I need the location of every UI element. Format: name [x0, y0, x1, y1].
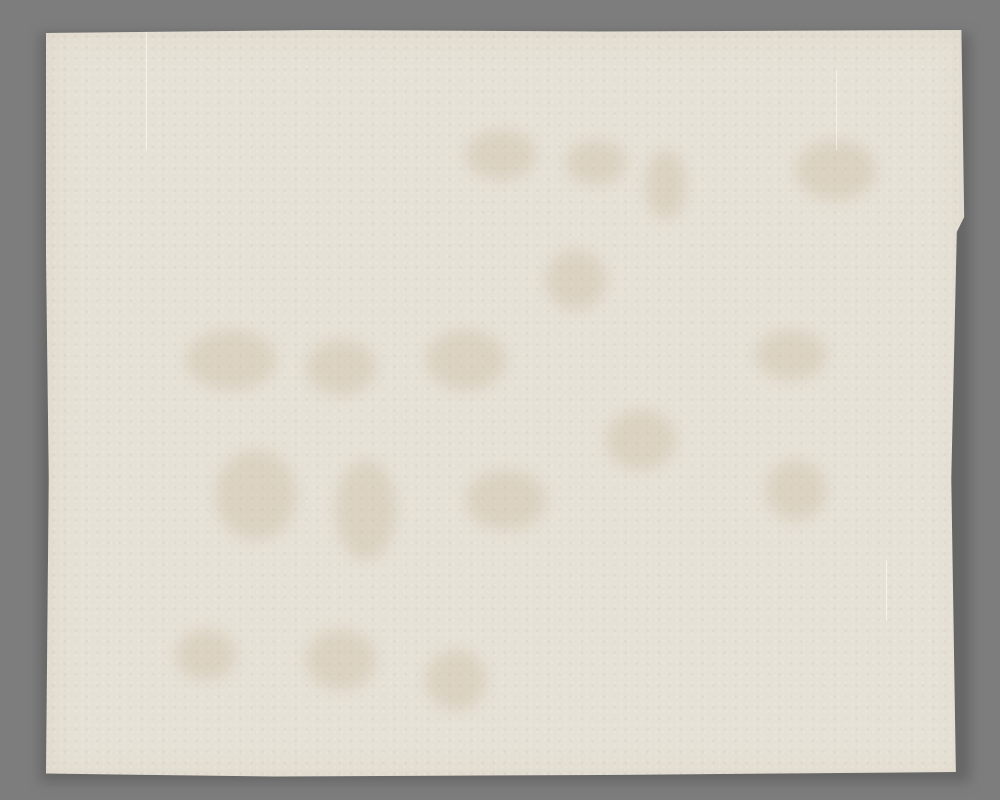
bleed-through-mark	[306, 340, 376, 395]
bleed-through-mark	[306, 630, 376, 690]
bleed-through-mark	[766, 460, 826, 520]
bleed-through-mark	[426, 650, 486, 710]
bleed-through-mark	[466, 130, 536, 180]
bleed-through-mark	[466, 470, 546, 530]
bleed-through-mark	[756, 330, 826, 380]
paper-fiber	[836, 70, 837, 150]
bleed-through-mark	[186, 330, 276, 390]
bleed-through-mark	[216, 450, 296, 540]
bleed-through-mark	[546, 250, 606, 310]
bleed-through-mark	[336, 460, 396, 560]
bleed-through-mark	[646, 150, 686, 220]
bleed-through-mark	[176, 630, 236, 680]
bleed-through-mark	[606, 410, 676, 470]
paper-scrap	[46, 30, 966, 778]
bleed-through-mark	[426, 330, 506, 390]
paper-fiber	[886, 560, 887, 620]
bleed-through-mark	[566, 140, 626, 185]
paper-fiber	[146, 30, 147, 150]
